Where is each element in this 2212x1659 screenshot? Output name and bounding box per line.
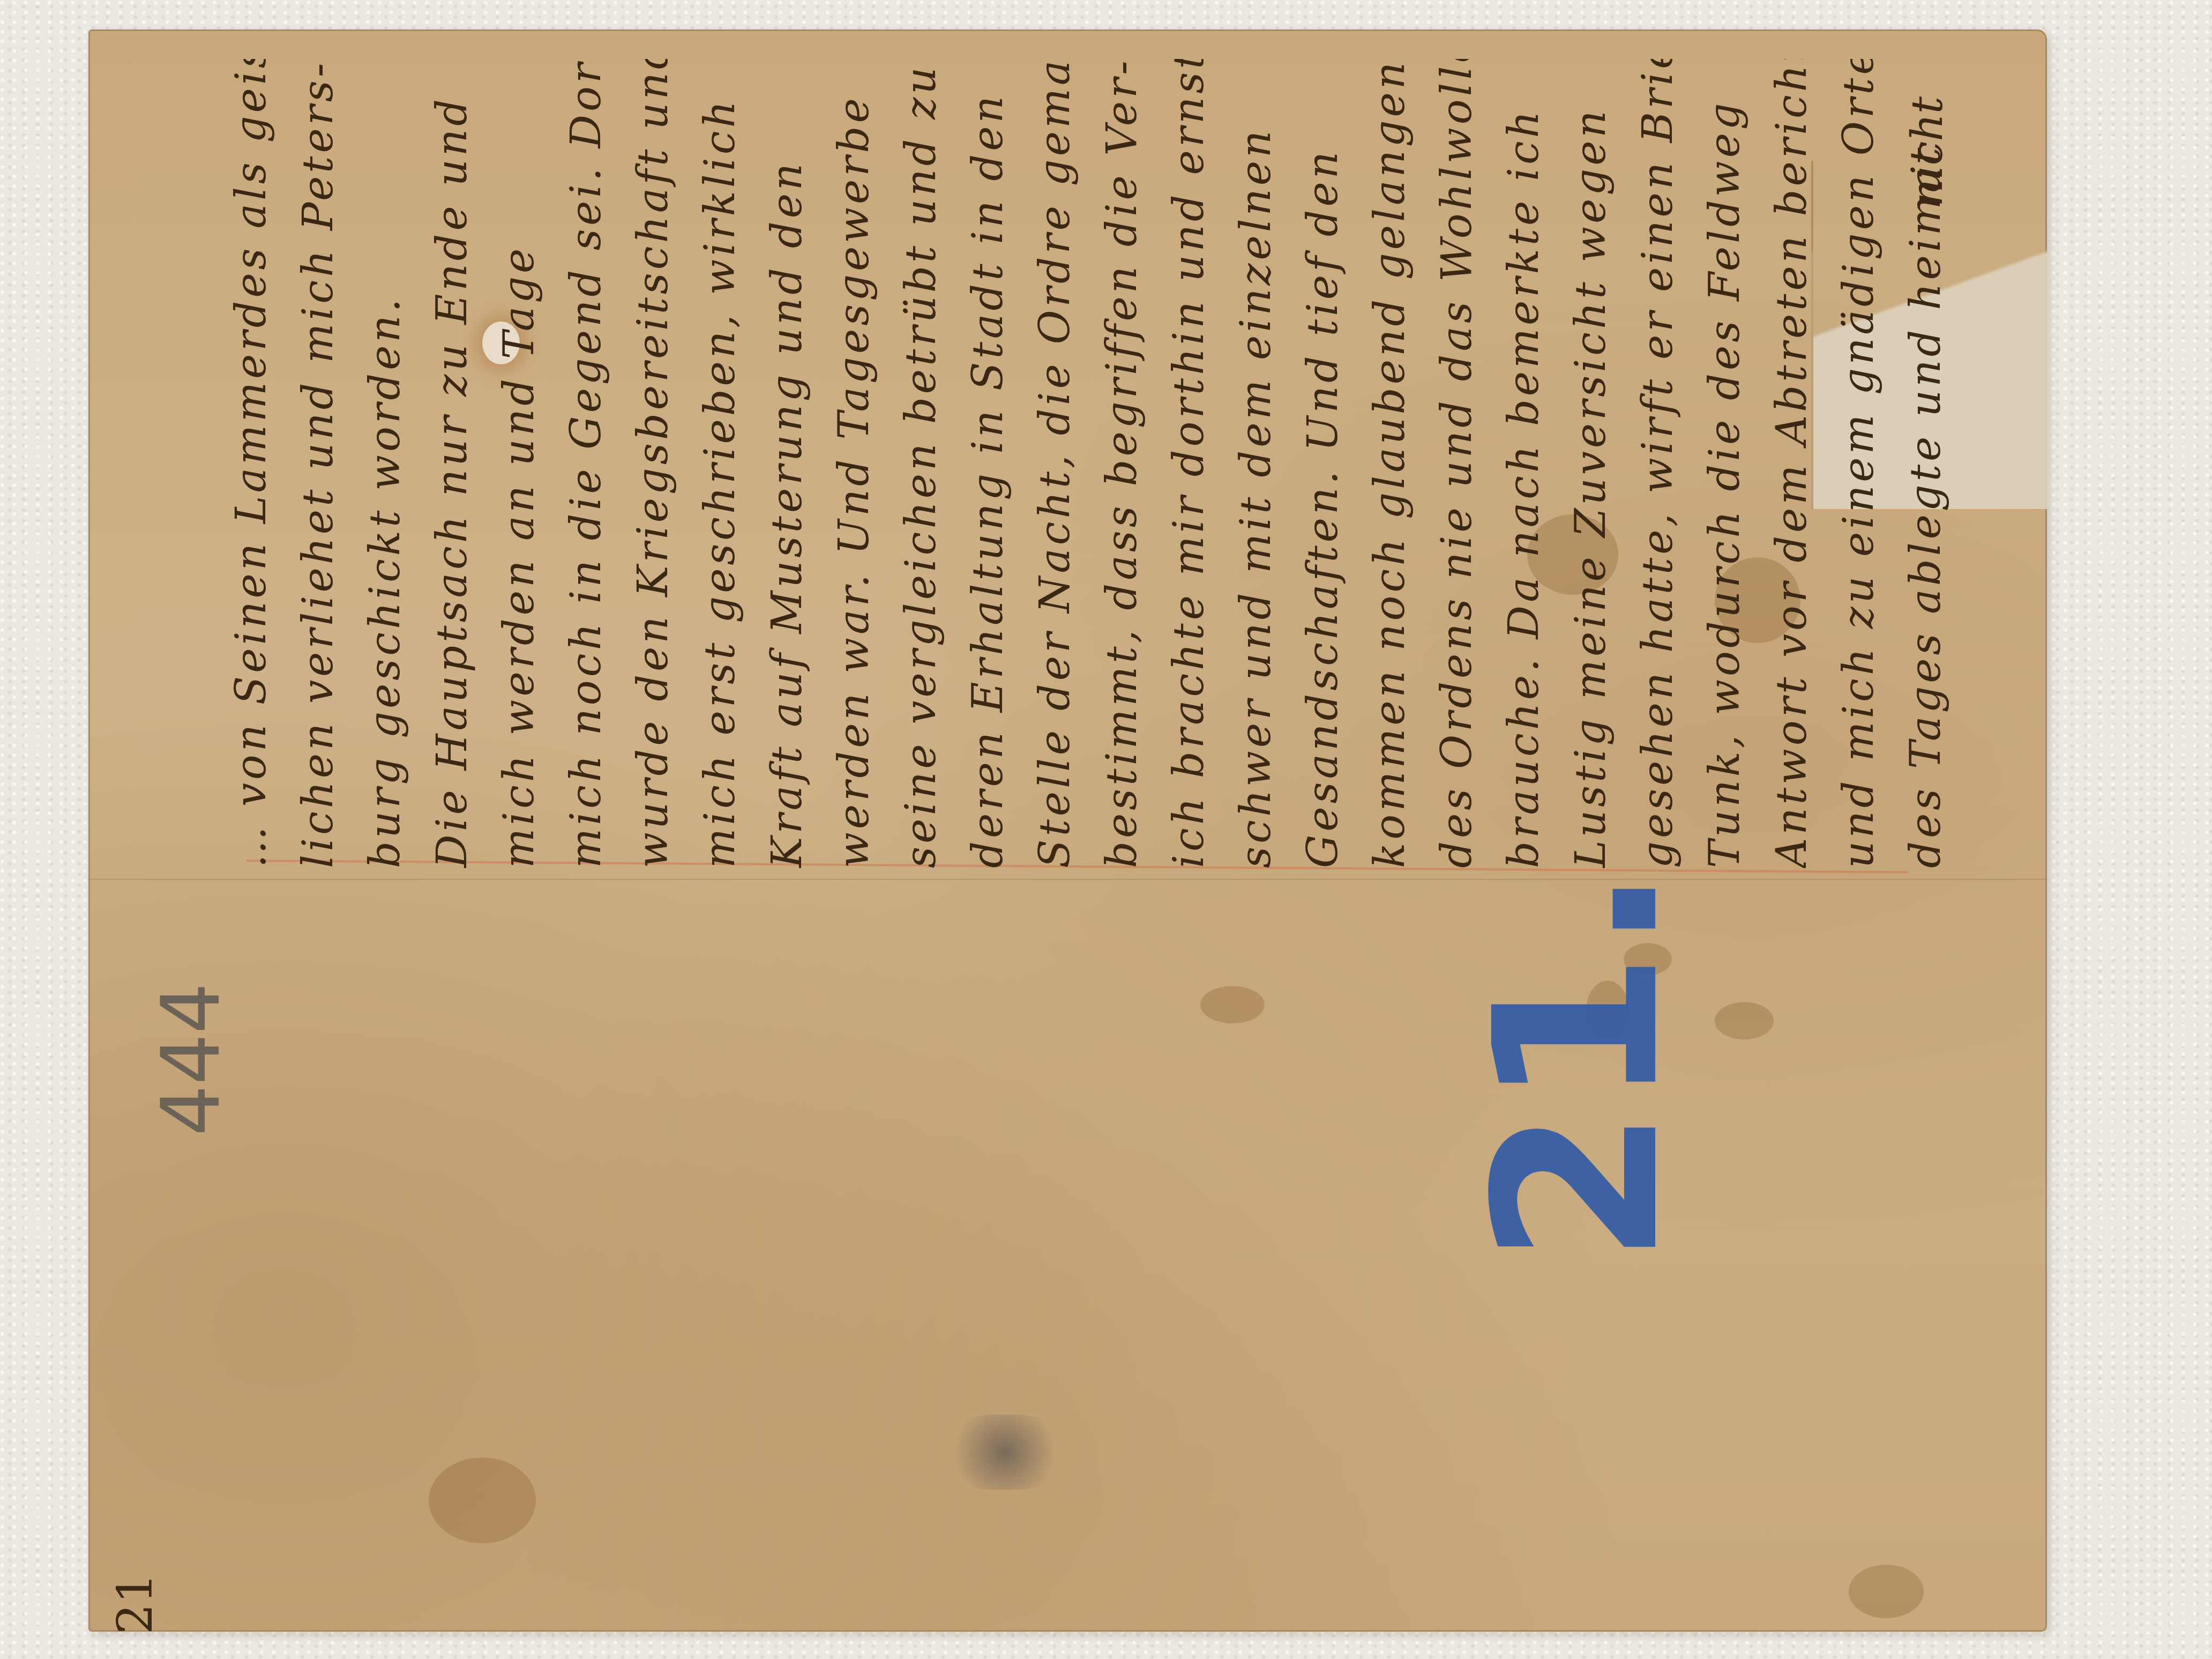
text-line: mich erst geschrieben, wirklich [699,59,766,868]
text-line: bestimmt, dass begriffen die Ver- [1101,59,1168,868]
text-line: mich werden an und Tage [498,59,565,868]
text-line: ich brachte mir dorthin und ernst [1168,59,1235,868]
text-line: Lustig meine Zuversicht wegen [1570,59,1637,868]
text-line: Stelle der Nacht, die Ordre gemacht, [1034,59,1101,868]
corner-number: 21 [107,1573,163,1634]
text-line: werden war. Und Tagesgewerbe [833,59,900,868]
stain [1200,986,1265,1023]
stain [1715,1002,1774,1040]
text-line: kommen noch glaubend gelangen [1369,59,1436,868]
text-line: mich noch in die Gegend sei. Dort [565,59,632,868]
stain [429,1458,536,1543]
text-line: gesehen hatte, wirft er einen Brief [1637,59,1704,868]
text-line: Tunk, wodurch die des Feldweg [1704,59,1771,868]
text-line: Die Hauptsach nur zu Ende und [431,59,498,868]
ink-blot [943,1415,1066,1490]
text-line: des Ordens nie und das Wohlwollen [1436,59,1503,868]
text-line: Kraft auf Musterung und den [766,59,833,868]
text-line: burg geschickt worden. [364,59,431,868]
text-line: schwer und mit dem einzelnen [1235,59,1302,868]
handwritten-text-block: … von Seinen Lammerdes als geist- lichen… [230,59,1972,868]
stain [1849,1565,1924,1618]
text-line: … von Seinen Lammerdes als geist- [230,59,297,868]
closing-word: nicht [1902,96,1952,207]
text-line: und mich zu einem gnädigen Orte [1838,59,1905,868]
text-line: deren Erhaltung in Stadt in den [967,59,1034,868]
text-line: wurde den Kriegsbereitschaft und [632,59,699,868]
text-line: Antwort vor dem Abtreten berichte [1771,59,1838,868]
pencil-number: 444 [145,983,238,1136]
text-line: Gesandschaften. Und tief den [1302,59,1369,868]
text-line: seine vergleichen betrübt und zu [900,59,967,868]
text-line: brauche. Da nach bemerkte ich [1503,59,1570,868]
page-fold [88,879,2047,880]
blue-crayon-number: 21. [1447,866,1709,1265]
text-line: lichen verliehet und mich Peters- [297,59,364,868]
